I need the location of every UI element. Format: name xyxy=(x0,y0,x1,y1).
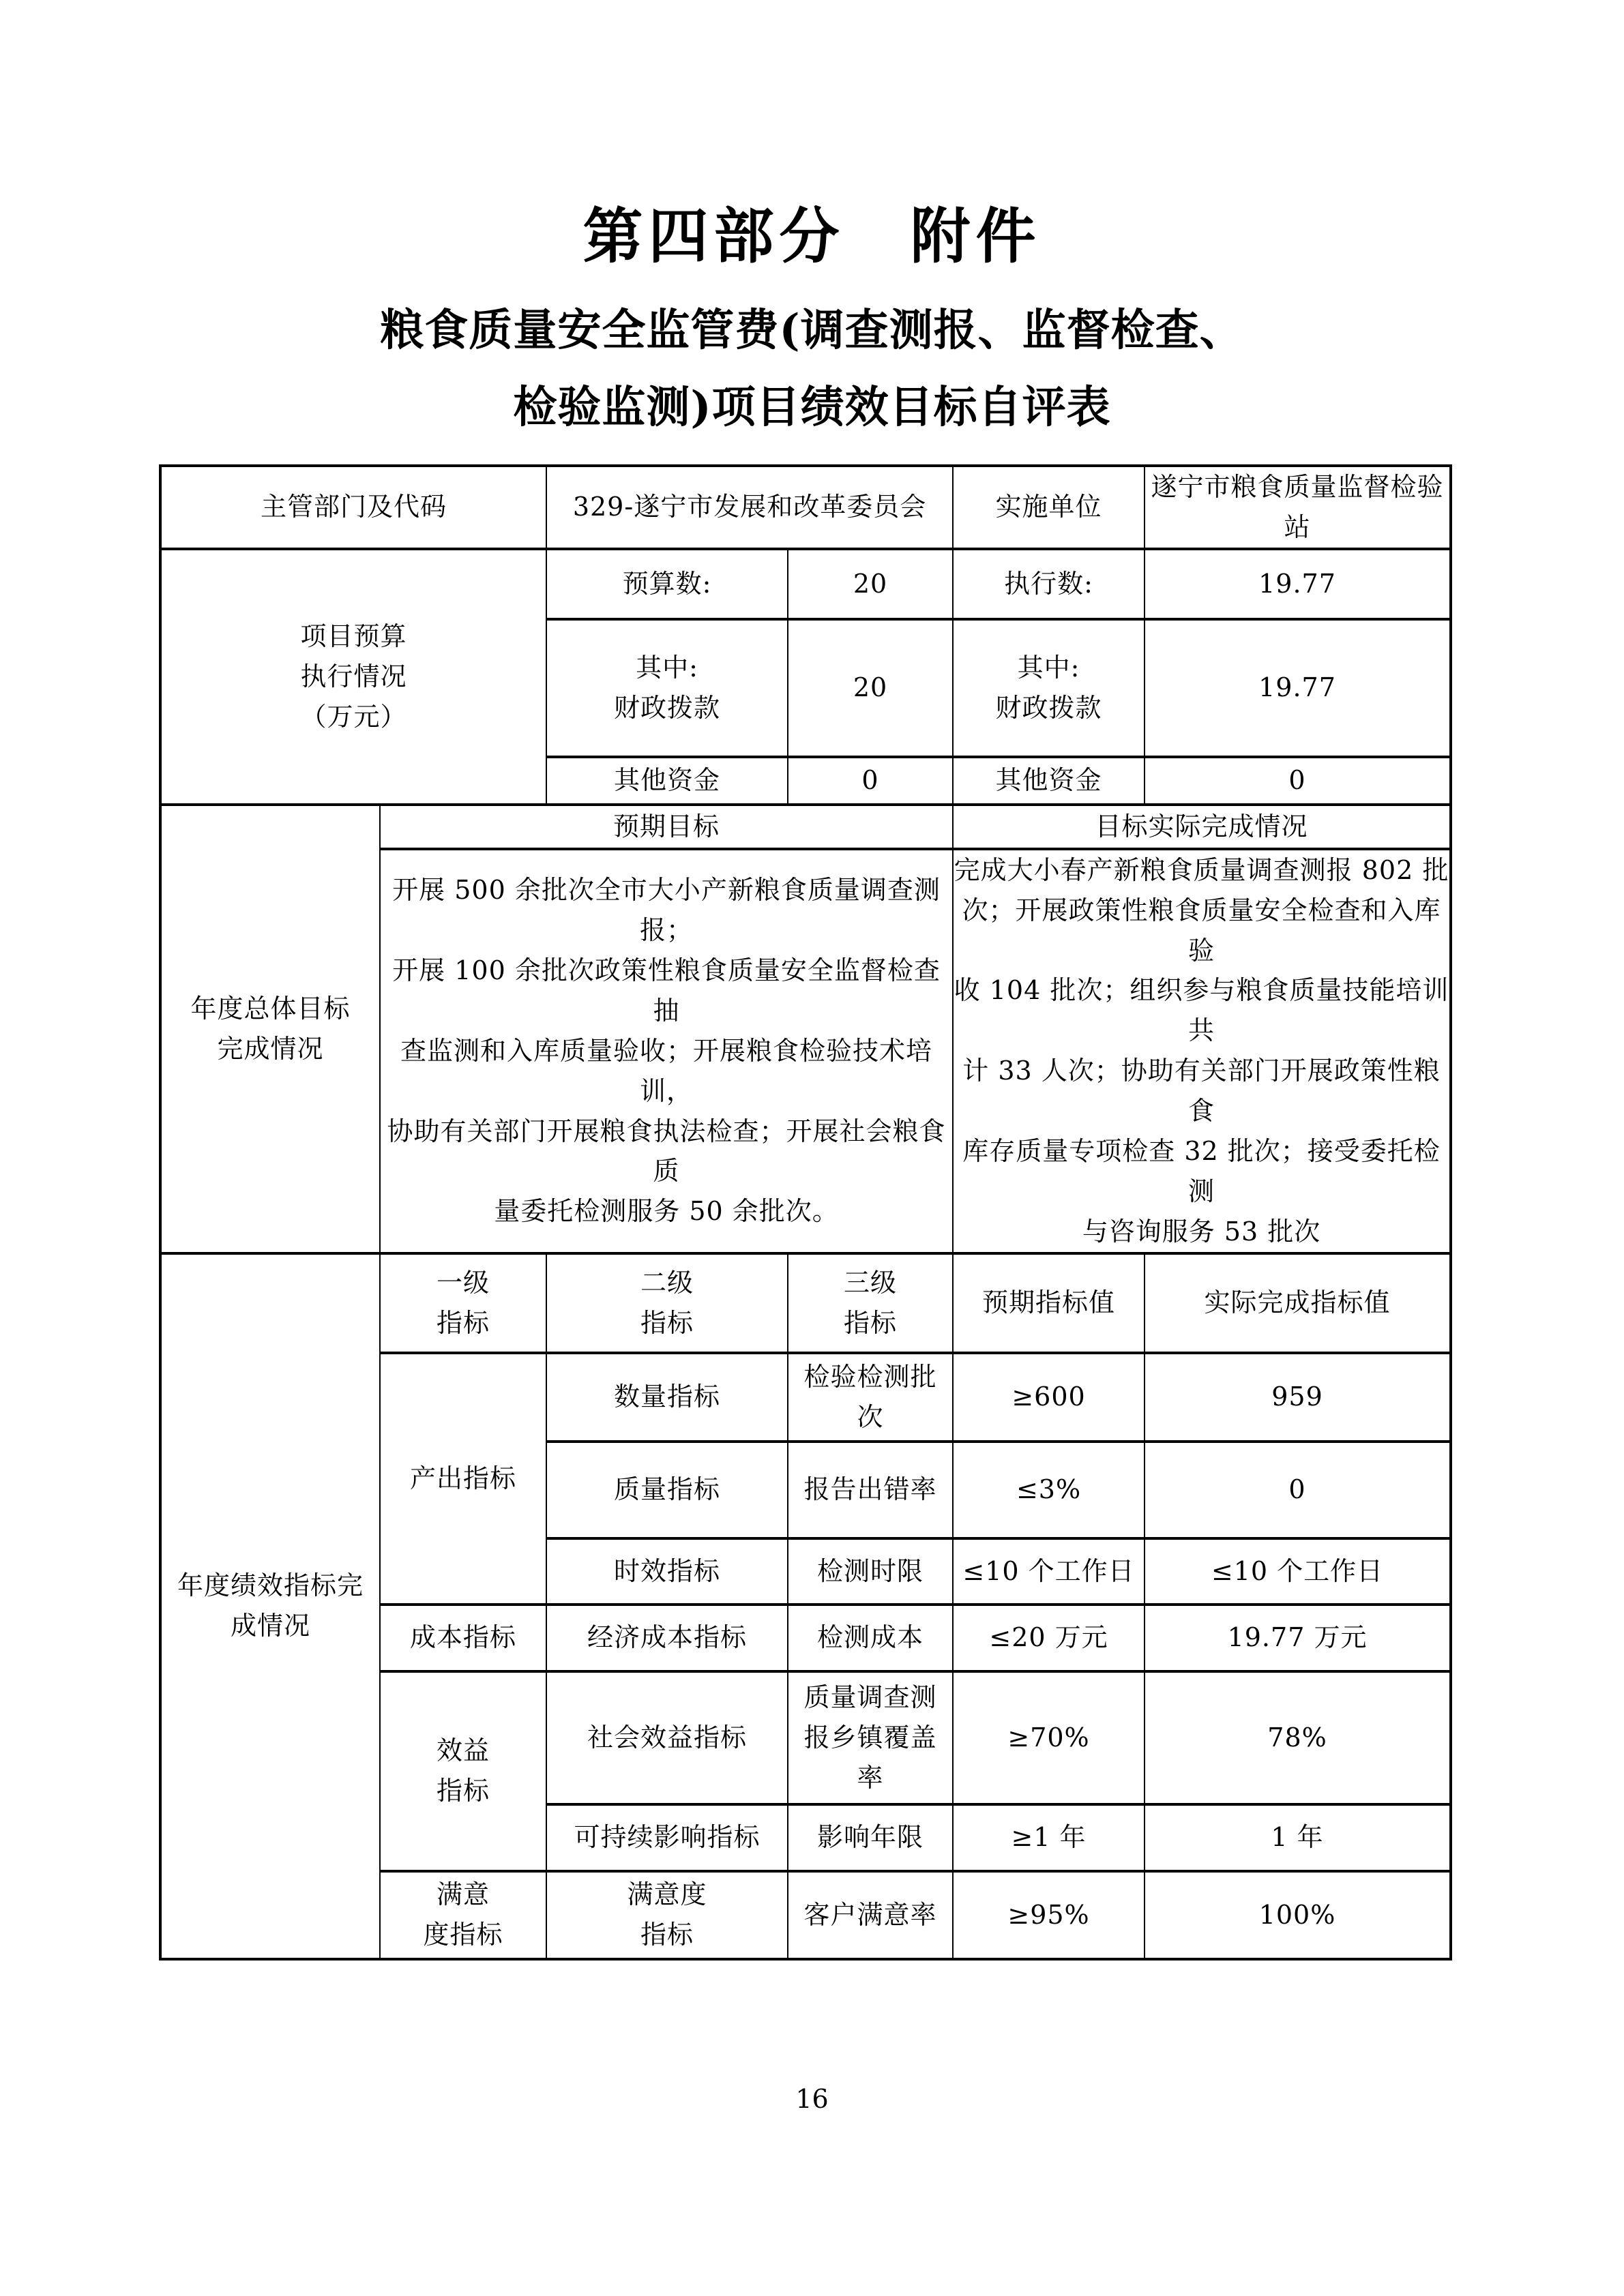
impl-unit-label-cell: 实施单位 xyxy=(953,466,1145,549)
perf-section-label-cell: 年度绩效指标完 成情况 xyxy=(160,1253,380,1959)
social-benefit-expected-value-cell: ≥70% xyxy=(953,1671,1145,1804)
col-header-level1-cell: 一级 指标 xyxy=(380,1253,546,1353)
quality-actual-value-cell: 0 xyxy=(1145,1442,1451,1538)
quantity-indicator-name-cell: 检验检测批 次 xyxy=(788,1353,953,1442)
col-header-actual-cell: 实际完成指标值 xyxy=(1145,1253,1451,1353)
satisfaction-indicator-name-cell: 客户满意率 xyxy=(788,1871,953,1959)
table-row: 年度绩效指标完 成情况 一级 指标 二级 指标 三级 指标 预期指标值 实际完成… xyxy=(160,1253,1451,1353)
quality-indicator-name-cell: 报告出错率 xyxy=(788,1442,953,1538)
quality-expected-value-cell: ≤3% xyxy=(953,1442,1145,1538)
dept-code-label-cell: 主管部门及代码 xyxy=(160,466,546,549)
budget-plan-label-cell: 预算数: xyxy=(546,549,788,619)
sustainability-actual-value-cell: 1 年 xyxy=(1145,1804,1451,1871)
economic-cost-indicator-cell: 经济成本指标 xyxy=(546,1605,788,1671)
fiscal-funds-exec-label-cell: 其中: 财政拨款 xyxy=(953,619,1145,757)
satisfaction-indicator-cell: 满意度 指标 xyxy=(546,1871,788,1959)
table-row: 项目预算 执行情况 （万元） 预算数: 20 执行数: 19.77 xyxy=(160,549,1451,619)
quality-indicator-cell: 质量指标 xyxy=(546,1442,788,1538)
satisfaction-expected-value-cell: ≥95% xyxy=(953,1871,1145,1959)
quantity-indicator-cell: 数量指标 xyxy=(546,1353,788,1442)
table-title: 粮食质量安全监管费(调查测报、监督检查、 检验监测)项目绩效目标自评表 xyxy=(0,292,1624,446)
annual-goal-section-label-cell: 年度总体目标 完成情况 xyxy=(160,805,380,1253)
social-benefit-indicator-name-cell: 质量调查测 报乡镇覆盖 率 xyxy=(788,1671,953,1804)
timeliness-indicator-cell: 时效指标 xyxy=(546,1538,788,1605)
cost-expected-value-cell: ≤20 万元 xyxy=(953,1605,1145,1671)
expected-goal-header-cell: 预期目标 xyxy=(380,805,953,849)
quantity-expected-value-cell: ≥600 xyxy=(953,1353,1145,1442)
dept-code-value-cell: 329-遂宁市发展和改革委员会 xyxy=(546,466,953,549)
document-page: 第四部分 附件 粮食质量安全监管费(调查测报、监督检查、 检验监测)项目绩效目标… xyxy=(0,0,1624,2296)
fiscal-funds-plan-label-cell: 其中: 财政拨款 xyxy=(546,619,788,757)
cost-indicator-name-cell: 检测成本 xyxy=(788,1605,953,1671)
table-row: 主管部门及代码 329-遂宁市发展和改革委员会 实施单位 遂宁市粮食质量监督检验… xyxy=(160,466,1451,549)
self-evaluation-table: 主管部门及代码 329-遂宁市发展和改革委员会 实施单位 遂宁市粮食质量监督检验… xyxy=(159,464,1452,1960)
page-number: 16 xyxy=(0,2084,1624,2114)
actual-goal-header-cell: 目标实际完成情况 xyxy=(953,805,1451,849)
timeliness-indicator-name-cell: 检测时限 xyxy=(788,1538,953,1605)
other-funds-exec-value-cell: 0 xyxy=(1145,757,1451,805)
budget-exec-value-cell: 19.77 xyxy=(1145,549,1451,619)
table-row: 年度总体目标 完成情况 预期目标 目标实际完成情况 xyxy=(160,805,1451,849)
budget-plan-value-cell: 20 xyxy=(788,549,953,619)
other-funds-plan-value-cell: 0 xyxy=(788,757,953,805)
other-funds-exec-label-cell: 其他资金 xyxy=(953,757,1145,805)
sustainability-indicator-cell: 可持续影响指标 xyxy=(546,1804,788,1871)
budget-section-label-cell: 项目预算 执行情况 （万元） xyxy=(160,549,546,805)
social-benefit-indicator-cell: 社会效益指标 xyxy=(546,1671,788,1804)
col-header-expected-cell: 预期指标值 xyxy=(953,1253,1145,1353)
col-header-level2-cell: 二级 指标 xyxy=(546,1253,788,1353)
section-heading: 第四部分 附件 xyxy=(0,196,1624,278)
quantity-actual-value-cell: 959 xyxy=(1145,1353,1451,1442)
benefit-indicator-level1-cell: 效益 指标 xyxy=(380,1671,546,1871)
actual-goal-text-cell: 完成大小春产新粮食质量调查测报 802 批 次；开展政策性粮食质量安全检查和入库… xyxy=(953,849,1451,1253)
other-funds-plan-label-cell: 其他资金 xyxy=(546,757,788,805)
expected-goal-text-cell: 开展 500 余批次全市大小产新粮食质量调查测报； 开展 100 余批次政策性粮… xyxy=(380,849,953,1253)
satisfaction-actual-value-cell: 100% xyxy=(1145,1871,1451,1959)
satisfaction-indicator-level1-cell: 满意 度指标 xyxy=(380,1871,546,1959)
timeliness-expected-value-cell: ≤10 个工作日 xyxy=(953,1538,1145,1605)
fiscal-funds-plan-value-cell: 20 xyxy=(788,619,953,757)
cost-indicator-level1-cell: 成本指标 xyxy=(380,1605,546,1671)
cost-actual-value-cell: 19.77 万元 xyxy=(1145,1605,1451,1671)
timeliness-actual-value-cell: ≤10 个工作日 xyxy=(1145,1538,1451,1605)
sustainability-expected-value-cell: ≥1 年 xyxy=(953,1804,1145,1871)
col-header-level3-cell: 三级 指标 xyxy=(788,1253,953,1353)
output-indicator-level1-cell: 产出指标 xyxy=(380,1353,546,1605)
budget-exec-label-cell: 执行数: xyxy=(953,549,1145,619)
fiscal-funds-exec-value-cell: 19.77 xyxy=(1145,619,1451,757)
sustainability-indicator-name-cell: 影响年限 xyxy=(788,1804,953,1871)
social-benefit-actual-value-cell: 78% xyxy=(1145,1671,1451,1804)
impl-unit-value-cell: 遂宁市粮食质量监督检验 站 xyxy=(1145,466,1451,549)
